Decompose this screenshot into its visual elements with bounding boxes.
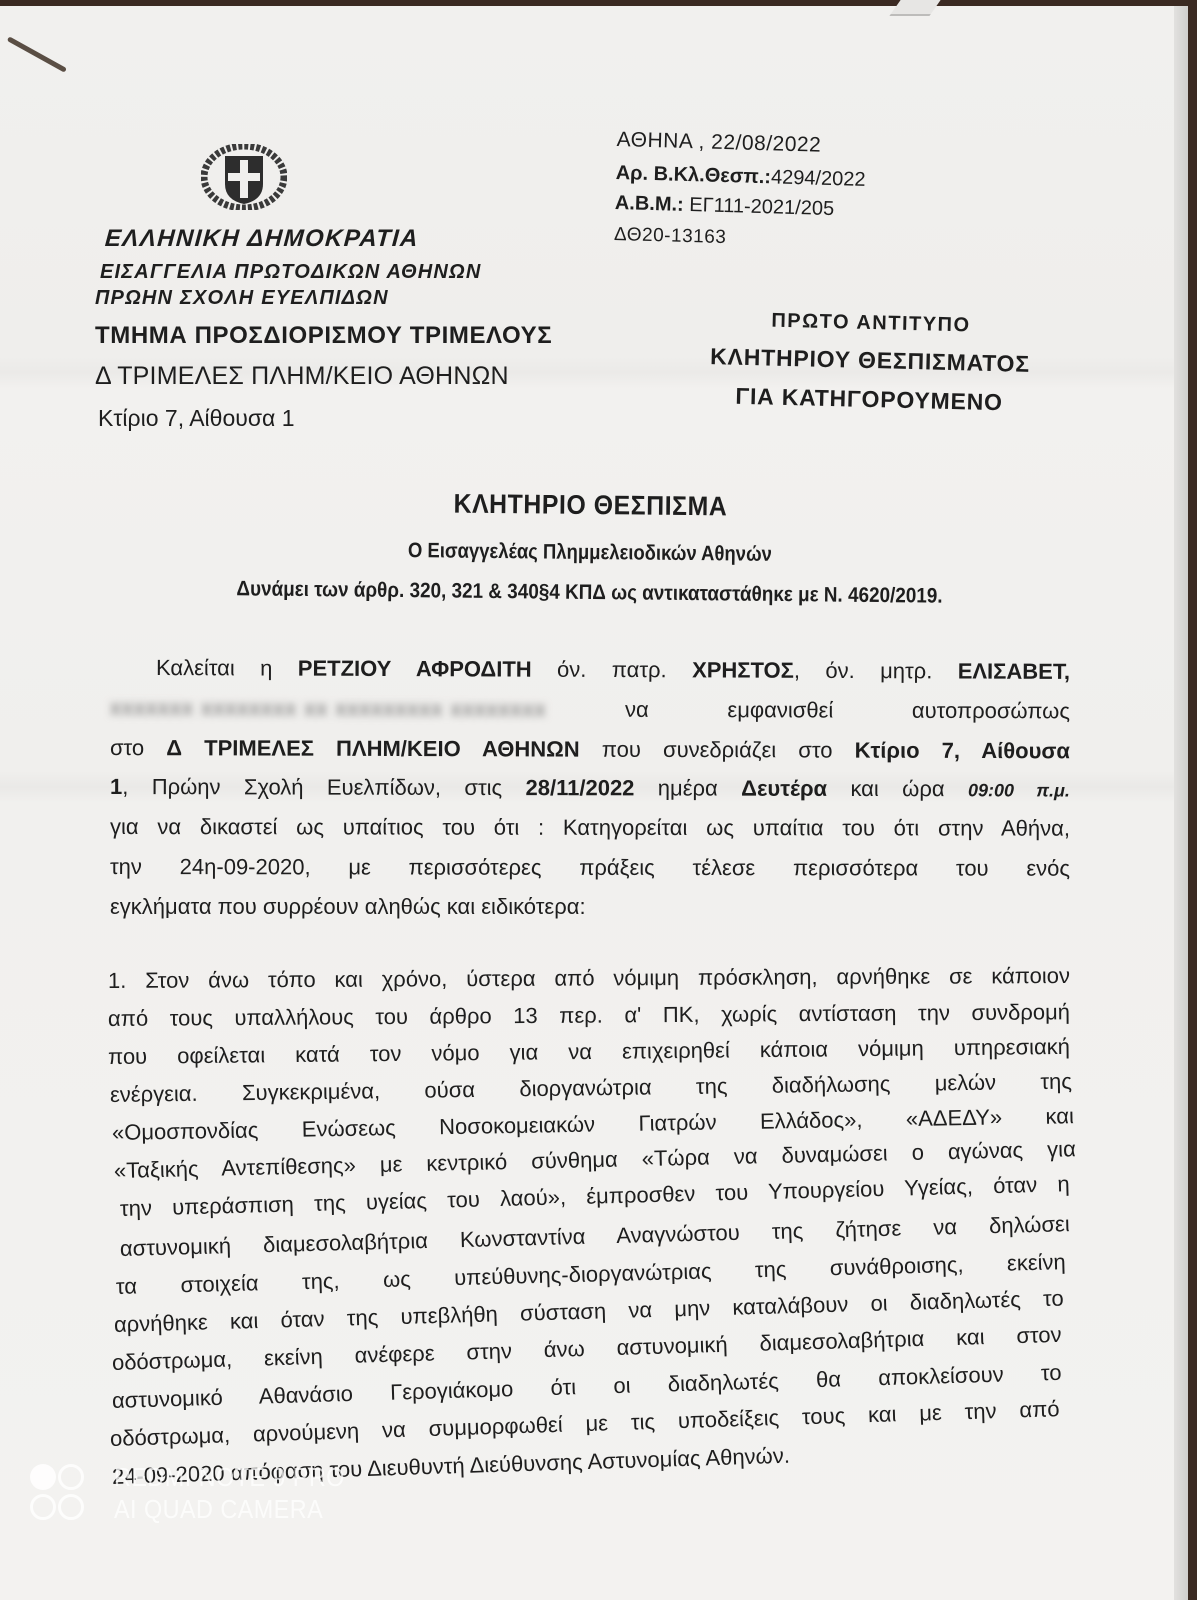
summons-reference-value: 4294/2022 bbox=[771, 166, 866, 191]
greek-coat-of-arms-icon bbox=[201, 144, 287, 210]
abm-label: Α.Β.Μ.: bbox=[615, 192, 684, 216]
case-code: ΔΘ20-13163 bbox=[614, 224, 727, 249]
camera-logo-icon bbox=[30, 1460, 90, 1520]
office-location: ΠΡΩΗΝ ΣΧΟΛΗ ΕΥΕΛΠΙΔΩΝ bbox=[95, 287, 389, 310]
location-text: , Πρώην Σχολή Ευελπίδων bbox=[122, 774, 435, 800]
camera-model: REDMI NOTE 9 PRO bbox=[114, 1462, 345, 1493]
court-room: Κτίριο 7, Αίθουσα 1 bbox=[98, 405, 295, 432]
father-label: όν. πατρ. bbox=[557, 657, 667, 682]
day-label: ημέρα bbox=[658, 775, 718, 800]
summons-line-2: xxxxxxx xxxxxxxx xx xxxxxxxxx xxxxxxxx ν… bbox=[110, 695, 1070, 724]
summons-line-3: στο Δ ΤΡΙΜΕΛΕΣ ΠΛΗΜ/ΚΕΙΟ ΑΘΗΝΩΝ που συνε… bbox=[110, 735, 1070, 764]
hearing-day: Δευτέρα bbox=[741, 776, 827, 801]
hearing-time: 09:00 π.μ. bbox=[968, 780, 1070, 800]
sits-text: που συνεδριάζει στο bbox=[602, 737, 833, 763]
court-name: Δ ΤΡΙΜΕΛΕΣ ΠΛΗΜ/ΚΕΙΟ ΑΘΗΝΩΝ bbox=[95, 362, 509, 391]
on-text: , στις bbox=[435, 775, 502, 800]
time-label: και ώρα bbox=[850, 776, 944, 801]
summons-line-1: Καλείται η ΡΕΤΖΙΟΥ ΑΦΡΟΔΙΤΗ όν. πατρ. ΧΡ… bbox=[156, 655, 1070, 685]
summons-intro: Καλείται η bbox=[156, 655, 273, 681]
republic-name: ΕΛΛΗΝΙΚΗ ΔΗΜΟΚΡΑΤΙΑ bbox=[104, 225, 420, 253]
summons-line-4: 1, Πρώην Σχολή Ευελπίδων, στις 28/11/202… bbox=[110, 774, 1070, 803]
mother-label: , όν. μητρ. bbox=[794, 658, 933, 684]
department-name: ΤΜΗΜΑ ΠΡΟΣΔΙΟΡΙΣΜΟΥ ΤΡΙΜΕΛΟΥΣ bbox=[95, 322, 552, 350]
paper-edge bbox=[1174, 6, 1188, 1600]
copy-notice: ΠΡΩΤΟ ΑΝΤΙΤΥΠΟ ΚΛΗΤΗΡΙΟΥ ΘΕΣΠΙΣΜΑΤΟΣ ΓΙΑ… bbox=[689, 308, 1051, 418]
father-name: ΧΡΗΣΤΟΣ bbox=[692, 657, 794, 682]
abm-value: ΕΓ111-2021/205 bbox=[683, 194, 834, 220]
room-number: 1 bbox=[110, 774, 122, 799]
prosecutor-office: ΕΙΣΑΓΓΕΛΙΑ ΠΡΩΤΟΔΙΚΩΝ ΑΘΗΝΩΝ bbox=[100, 261, 481, 284]
court-name-inline: Δ ΤΡΙΜΕΛΕΣ ΠΛΗΜ/ΚΕΙΟ ΑΘΗΝΩΝ bbox=[166, 735, 580, 761]
hearing-date: 28/11/2022 bbox=[526, 775, 635, 800]
room-inline: Κτίριο 7, Αίθουσα bbox=[855, 738, 1070, 764]
summons-line-6: την 24η-09-2020, με περισσότερες πράξεις… bbox=[110, 854, 1070, 882]
summons-reference-label: Αρ. Β.Κλ.Θεσπ.: bbox=[615, 162, 771, 188]
document-title-block: ΚΛΗΤΗΡΙΟ ΘΕΣΠΙΣΜΑ Ο Εισαγγελέας Πλημμελε… bbox=[99, 485, 1080, 610]
copy-notice-line2: ΚΛΗΤΗΡΙΟΥ ΘΕΣΠΙΣΜΑΤΟΣ bbox=[690, 343, 1051, 379]
redacted-address: xxxxxxx xxxxxxxx xx xxxxxxxxx xxxxxxxx bbox=[110, 695, 547, 723]
mother-name: ΕΛΙΣΑΒΕΤ, bbox=[958, 658, 1070, 683]
summons-line-7: εγκλήματα που συρρέουν αληθώς και ειδικό… bbox=[110, 894, 1070, 920]
appear-text: να εμφανισθεί αυτοπροσώπως bbox=[625, 697, 1070, 724]
document-subtitle: Ο Εισαγγελέας Πλημμελειοδικών Αθηνών bbox=[159, 536, 1022, 569]
camera-subtitle: AI QUAD CAMERA bbox=[114, 1494, 323, 1525]
defendant-name: ΡΕΤΖΙΟΥ ΑΦΡΟΔΙΤΗ bbox=[298, 656, 532, 682]
charge-line: 1. Στον άνω τόπο και χρόνο, ύστερα από ν… bbox=[108, 963, 1070, 994]
at-text: στο bbox=[110, 735, 144, 760]
summons-line-5: για να δικαστεί ως υπαίτιος του ότι : Κα… bbox=[110, 814, 1070, 842]
